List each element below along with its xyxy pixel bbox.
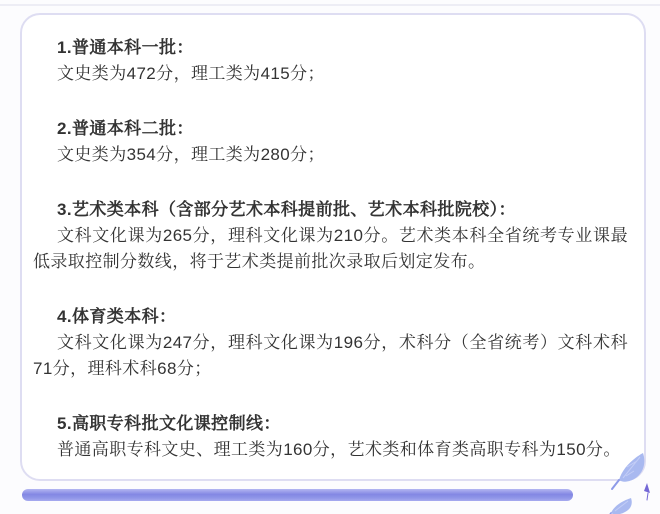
- score-line-section: 2.普通本科二批： 文史类为354分，理工类为280分；: [33, 116, 628, 168]
- quill-tip-icon: [644, 483, 650, 500]
- card-bottom-accent-bar: [22, 489, 573, 501]
- page-top-divider: [0, 4, 660, 6]
- article-page: { "theme": { "page_bg": "#fcfcfe", "card…: [0, 0, 660, 514]
- score-line-section: 5.高职专科批文化课控制线： 普通高职专科文史、理工类为160分，艺术类和体育类…: [33, 411, 628, 463]
- score-line-section: 1.普通本科一批： 文史类为472分，理工类为415分；: [33, 35, 628, 87]
- section-body: 文史类为354分，理工类为280分；: [33, 142, 628, 168]
- section-heading: 3.艺术类本科（含部分艺术本科提前批、艺术本科批院校）：: [33, 197, 628, 223]
- score-line-section: 3.艺术类本科（含部分艺术本科提前批、艺术本科批院校）： 文科文化课为265分，…: [33, 197, 628, 275]
- section-body: 文科文化课为247分，理科文化课为196分，术科分（全省统考）文科术科71分，理…: [33, 330, 628, 382]
- score-line-section: 4.体育类本科： 文科文化课为247分，理科文化课为196分，术科分（全省统考）…: [33, 304, 628, 382]
- section-heading: 1.普通本科一批：: [33, 35, 628, 61]
- score-lines-card: 1.普通本科一批： 文史类为472分，理工类为415分； 2.普通本科二批： 文…: [20, 13, 646, 481]
- section-body: 文史类为472分，理工类为415分；: [33, 61, 628, 87]
- section-heading: 5.高职专科批文化课控制线：: [33, 411, 628, 437]
- section-body: 文科文化课为265分，理科文化课为210分。艺术类本科全省统考专业课最低录取控制…: [33, 223, 628, 275]
- section-heading: 2.普通本科二批：: [33, 116, 628, 142]
- section-body: 普通高职专科文史、理工类为160分，艺术类和体育类高职专科为150分。: [33, 437, 646, 463]
- sections-container: 1.普通本科一批： 文史类为472分，理工类为415分； 2.普通本科二批： 文…: [33, 35, 628, 463]
- feather-small-icon: [606, 498, 632, 514]
- section-heading: 4.体育类本科：: [33, 304, 628, 330]
